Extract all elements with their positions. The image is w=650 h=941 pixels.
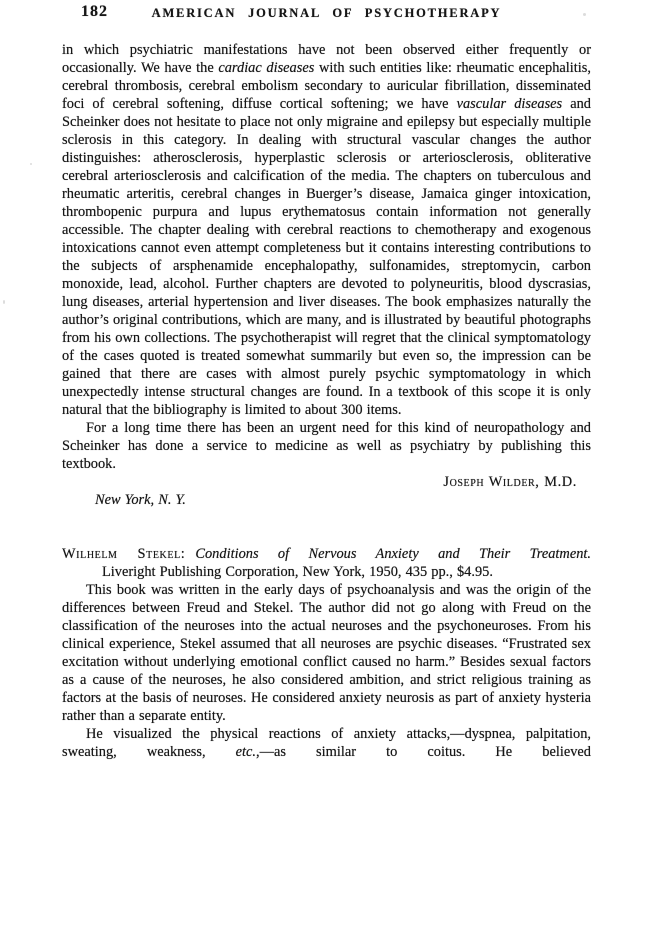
review-stekel-paragraph-1: This book was written in the early days …	[62, 581, 591, 725]
page-content: 182 AMERICAN JOURNAL OF PSYCHOTHERAPY in…	[62, 4, 591, 761]
book-citation-line: Wilhelm Stekel:Conditions of Nervous Anx…	[62, 545, 591, 563]
book-author: Wilhelm Stekel:	[62, 546, 185, 562]
book-title: Conditions of Nervous Anxiety and Their …	[195, 546, 591, 562]
page-header: 182 AMERICAN JOURNAL OF PSYCHOTHERAPY	[62, 4, 591, 22]
page-body: in which psychiatric manifestations have…	[62, 41, 591, 761]
review-scheinker-closing-paragraph: For a long time there has been an urgent…	[62, 419, 591, 473]
journal-title: AMERICAN JOURNAL OF PSYCHOTHERAPY	[152, 6, 502, 20]
review-stekel-section: Wilhelm Stekel:Conditions of Nervous Anx…	[62, 545, 591, 761]
scan-speck	[30, 163, 32, 165]
review-stekel-paragraph-2: He visualized the physical reactions of …	[62, 725, 591, 761]
scan-speck	[3, 300, 5, 304]
page-number: 182	[81, 3, 108, 21]
book-publisher-line: Liveright Publishing Corporation, New Yo…	[62, 563, 591, 581]
review-scheinker-continuation-paragraph: in which psychiatric manifestations have…	[62, 41, 591, 419]
reviewer-location: New York, N. Y.	[62, 491, 591, 509]
reviewer-signature: Joseph Wilder, M.D.	[62, 473, 591, 491]
journal-page-scan: 182 AMERICAN JOURNAL OF PSYCHOTHERAPY in…	[0, 0, 650, 941]
